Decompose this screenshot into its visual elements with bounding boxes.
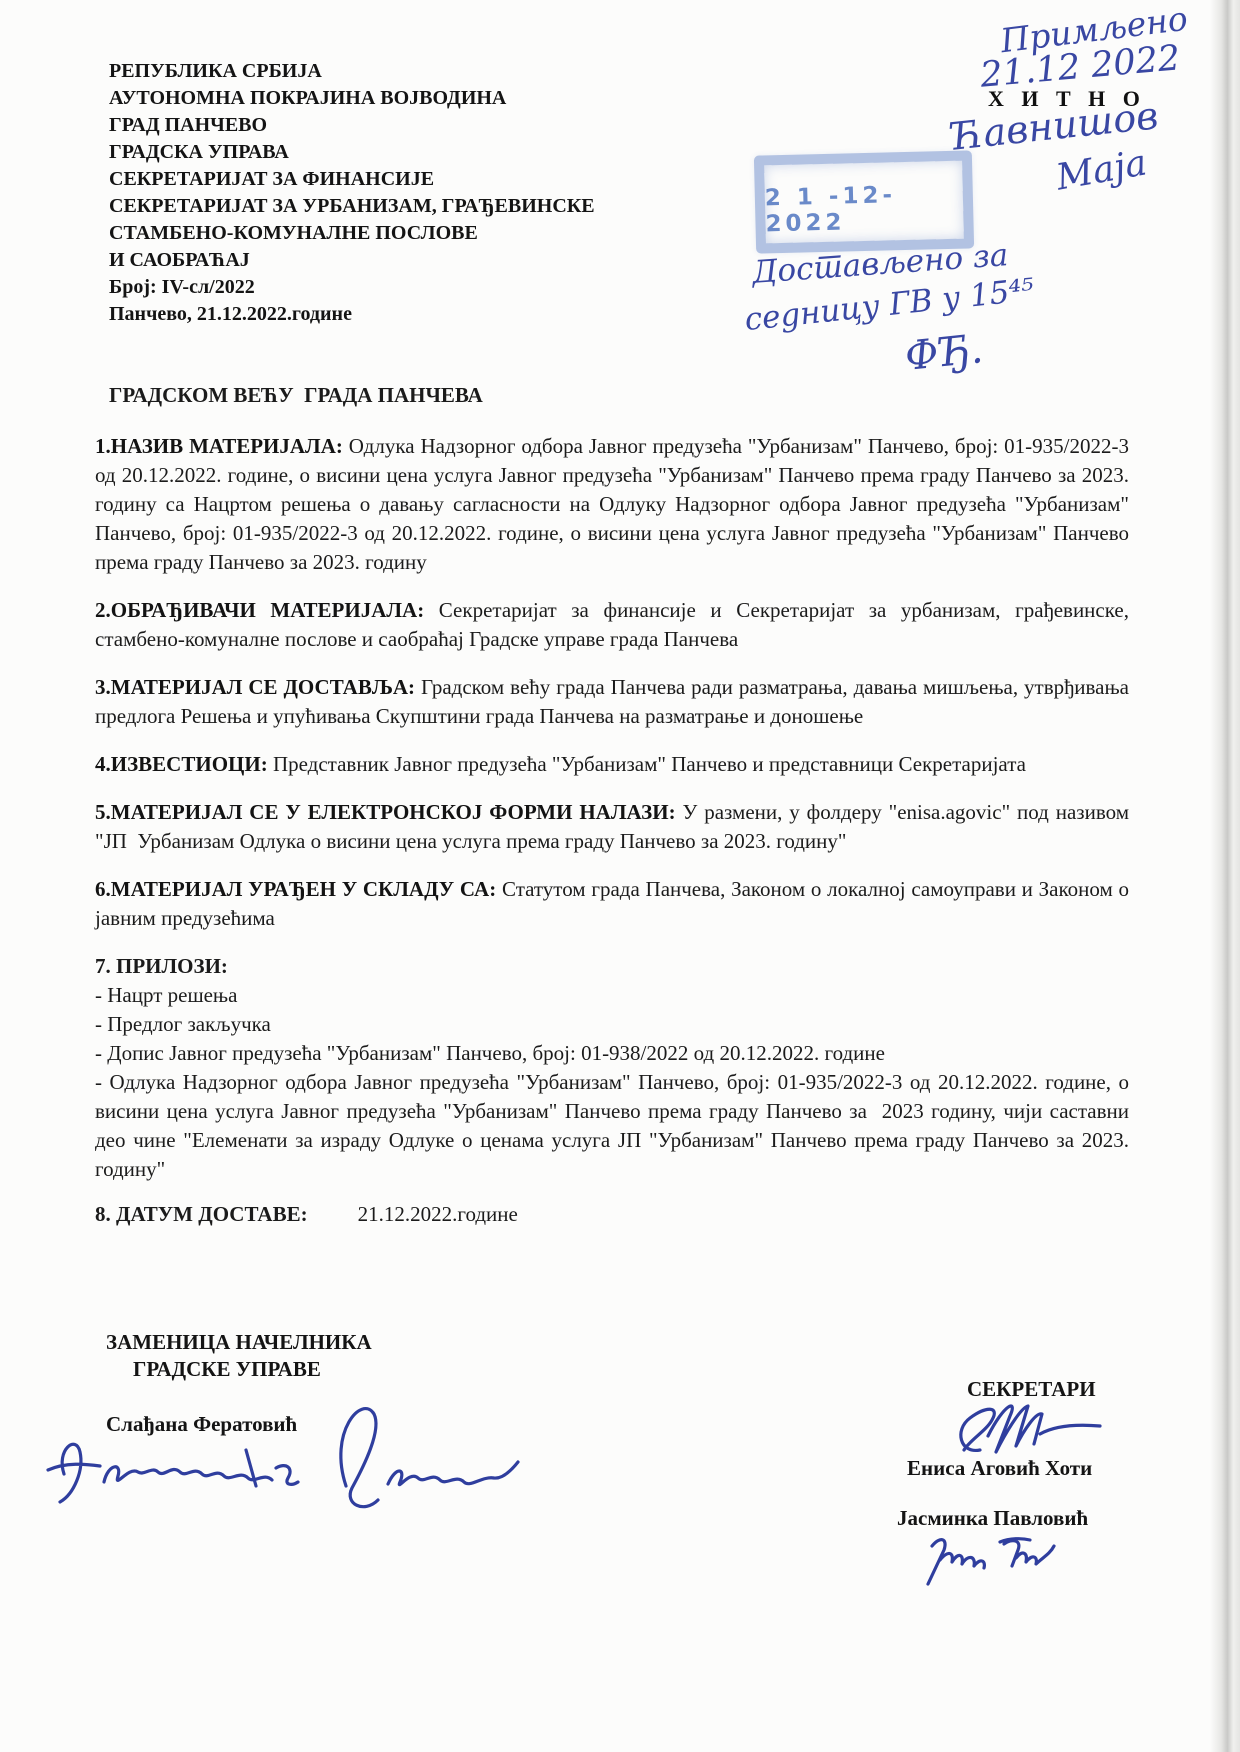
section-4-izvestioci: 4.ИЗВЕСТИОЦИ: Представник Јавног предузе… bbox=[95, 750, 1129, 779]
right-signatory-title: СЕКРЕТАРИ bbox=[967, 1376, 1096, 1403]
section-8-datum-dostave: 8. ДАТУМ ДОСТАВЕ:21.12.2022.године bbox=[95, 1200, 1129, 1229]
letterhead-line: РЕПУБЛИКА СРБИЈА bbox=[109, 58, 595, 85]
document-number: Број: IV-сл/2022 bbox=[109, 274, 595, 301]
attachment-item: - Одлука Надзорног одбора Јавног предузе… bbox=[95, 1068, 1129, 1184]
attachment-item: - Допис Јавног предузећа "Урбанизам" Пан… bbox=[95, 1039, 1129, 1068]
urgent-label: Х И Т Н О bbox=[988, 86, 1146, 112]
letterhead-line: И САОБРАЋАЈ bbox=[109, 247, 595, 274]
letterhead-line: ГРАД ПАНЧЕВО bbox=[109, 112, 595, 139]
section-6-label: 6.МАТЕРИЈАЛ УРАЂЕН У СКЛАДУ СА: bbox=[95, 877, 496, 901]
section-6-u-skladu-sa: 6.МАТЕРИЈАЛ УРАЂЕН У СКЛАДУ СА: Статутом… bbox=[95, 875, 1129, 933]
left-signatory-title-line2: ГРАДСКЕ УПРАВЕ bbox=[106, 1356, 372, 1383]
left-signatory-title-line1: ЗАМЕНИЦА НАЧЕЛНИКА bbox=[106, 1329, 372, 1356]
document-date: Панчево, 21.12.2022.године bbox=[109, 301, 595, 328]
section-2-label: 2.ОБРАЂИВАЧИ МАТЕРИЈАЛА: bbox=[95, 598, 424, 622]
handwritten-delivery-note-line2: седницу ГВ у 15⁴⁵ bbox=[743, 272, 1036, 338]
scanned-document-page: РЕПУБЛИКА СРБИЈА АУТОНОМНА ПОКРАЈИНА ВОЈ… bbox=[0, 0, 1240, 1752]
section-3-label: 3.МАТЕРИЈАЛ СЕ ДОСТАВЉА: bbox=[95, 675, 415, 699]
right-signatory-1-signature bbox=[942, 1394, 1107, 1460]
section-1-label: 1.НАЗИВ МАТЕРИЈАЛА: bbox=[95, 434, 343, 458]
date-stamp: 2 1 -12- 2022 bbox=[754, 150, 974, 253]
letterhead-line: СТАМБЕНО-КОМУНАЛНЕ ПОСЛОВЕ bbox=[109, 220, 595, 247]
letterhead-line: СЕКРЕТАРИЈАТ ЗА УРБАНИЗАМ, ГРАЂЕВИНСКЕ bbox=[109, 193, 595, 220]
addressee: ГРАДСКОМ ВЕЋУ ГРАДА ПАНЧЕВА bbox=[109, 381, 1129, 410]
attachment-item: - Нацрт решења bbox=[95, 981, 1129, 1010]
section-5-label: 5.МАТЕРИЈАЛ СЕ У ЕЛЕКТРОНСКОЈ ФОРМИ НАЛА… bbox=[95, 800, 676, 824]
letterhead-line: СЕКРЕТАРИЈАТ ЗА ФИНАНСИЈЕ bbox=[109, 166, 595, 193]
section-4-label: 4.ИЗВЕСТИОЦИ: bbox=[95, 752, 268, 776]
section-8-value: 21.12.2022.године bbox=[358, 1202, 518, 1226]
handwritten-received-note: Примљено bbox=[998, 0, 1189, 60]
right-signatory-2-signature bbox=[916, 1530, 1081, 1590]
section-7-prilozi-heading: 7. ПРИЛОЗИ: bbox=[95, 952, 1129, 981]
letterhead-line: ГРАДСКА УПРАВА bbox=[109, 139, 595, 166]
section-2-obradjivaci: 2.ОБРАЂИВАЧИ МАТЕРИЈАЛА: Секретаријат за… bbox=[95, 596, 1129, 654]
left-signatory-name: Слађана Фератовић bbox=[106, 1412, 297, 1437]
section-5-elektronska-forma: 5.МАТЕРИЈАЛ СЕ У ЕЛЕКТРОНСКОЈ ФОРМИ НАЛА… bbox=[95, 798, 1129, 856]
stamp-date: 2 1 -12- 2022 bbox=[765, 181, 964, 238]
section-4-text: Представник Јавног предузећа "Урбанизам"… bbox=[273, 752, 1026, 776]
document-body: ГРАДСКОМ ВЕЋУ ГРАДА ПАНЧЕВА 1.НАЗИВ МАТЕ… bbox=[95, 381, 1129, 1229]
letterhead-line: АУТОНОМНА ПОКРАЈИНА ВОЈВОДИНА bbox=[109, 85, 595, 112]
left-signatory-title: ЗАМЕНИЦА НАЧЕЛНИКА ГРАДСКЕ УПРАВЕ bbox=[106, 1329, 372, 1383]
handwritten-name-line2: Маја bbox=[1053, 142, 1150, 198]
page-scan-edge bbox=[1210, 0, 1240, 1752]
attachment-item: - Предлог закључка bbox=[95, 1010, 1129, 1039]
section-3-dostavlja: 3.МАТЕРИЈАЛ СЕ ДОСТАВЉА: Градском већу г… bbox=[95, 673, 1129, 731]
right-signatory-1-name: Ениса Аговић Хоти bbox=[907, 1456, 1092, 1481]
handwritten-initials: ФЂ. bbox=[903, 326, 985, 380]
right-signatory-2-name: Јасминка Павловић bbox=[897, 1506, 1088, 1531]
letterhead: РЕПУБЛИКА СРБИЈА АУТОНОМНА ПОКРАЈИНА ВОЈ… bbox=[109, 58, 595, 328]
section-1-naziv-materijala: 1.НАЗИВ МАТЕРИЈАЛА: Одлука Надзорног одб… bbox=[95, 432, 1129, 577]
section-8-label: 8. ДАТУМ ДОСТАВЕ: bbox=[95, 1202, 308, 1226]
